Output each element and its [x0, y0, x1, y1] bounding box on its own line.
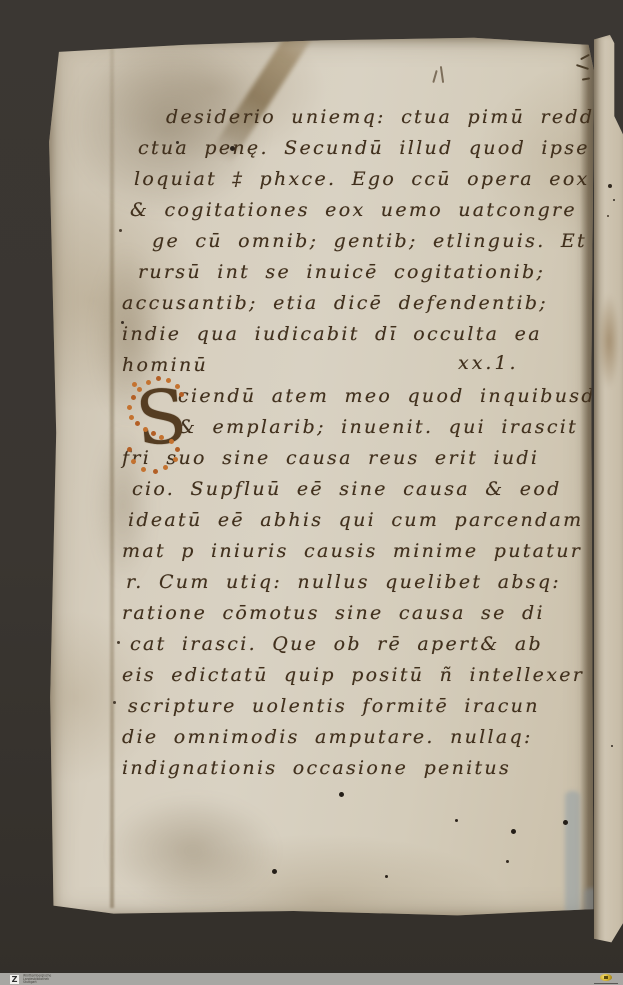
manuscript-line: accusantib; etia dicē defendentib; [122, 288, 578, 319]
manuscript-line: & emplarib; inuenit. qui irascit [122, 412, 578, 443]
margin-pen-marks [432, 66, 454, 88]
edge-stain [598, 294, 620, 389]
library-watermark-text: Württembergische Landesbibliothek Stuttg… [23, 974, 83, 985]
chapter-number: xx.1. [458, 352, 519, 374]
manuscript-line: die omnimodis amputare. nullaq: [122, 722, 578, 753]
text-block: desiderio uniemq: ctua pimū reddit ctua … [122, 102, 578, 784]
binding-thread-marks [576, 54, 592, 94]
manuscript-line: eis edictatū quip positū ñ intellexer [122, 660, 578, 691]
manuscript-line: ctua penę. Secundū illud quod ipse [122, 133, 578, 164]
manuscript-line: rursū int se inuicē cogitationib; [122, 257, 578, 288]
manuscript-line: mat p iniuris causis minime putatur [122, 536, 578, 567]
library-logo-icon: Z [10, 975, 19, 984]
manuscript-line: ratione cōmotus sine causa se di [122, 598, 578, 629]
parchment-page: desiderio uniemq: ctua pimū reddit ctua … [48, 36, 594, 918]
left-fold-crease [110, 44, 114, 908]
manuscript-line: r. Cum utiq: nullus quelibet absq: [122, 567, 578, 598]
blue-gray-patch [565, 791, 580, 916]
manuscript-line: ciendū atem meo quod inquibusdā [122, 381, 578, 412]
manuscript-line: ideatū eē abhis qui cum parcendam [122, 505, 578, 536]
manuscript-line: desiderio uniemq: ctua pimū reddit [122, 102, 578, 133]
manuscript-scan: desiderio uniemq: ctua pimū reddit ctua … [0, 0, 623, 985]
manuscript-line: indie qua iudicabit dī occulta ea [122, 319, 578, 350]
manuscript-line: cio. Supfluū eē sine causa & eod [122, 474, 578, 505]
manuscript-line: & cogitationes eox uemo uatcongre [122, 195, 578, 226]
manuscript-line: scripture uolentis formitē iracun [122, 691, 578, 722]
edge-ink-specks [608, 184, 612, 188]
library-name-line: Stuttgart [23, 981, 84, 984]
ink-spots [48, 36, 53, 41]
manuscript-line: cat irasci. Que ob rē apert& ab [122, 629, 578, 660]
gold-seal-icon [600, 974, 612, 981]
manuscript-line: ge cū omnib; gentib; etlinguis. Et [122, 226, 578, 257]
initial-dot-ornament [132, 382, 137, 387]
stain-bottom-left [108, 796, 278, 906]
manuscript-line: indignationis occasione penitus [122, 753, 578, 784]
decorated-initial: S [128, 376, 188, 466]
manuscript-line: loquiat ‡ phxce. Ego ccū opera eox [122, 164, 578, 195]
facing-page-edge [594, 34, 623, 946]
seal-caption-microtext [594, 983, 618, 985]
initial-letter: S [132, 374, 190, 462]
digitization-footer-bar: Z Württembergische Landesbibliothek Stut… [0, 973, 623, 985]
